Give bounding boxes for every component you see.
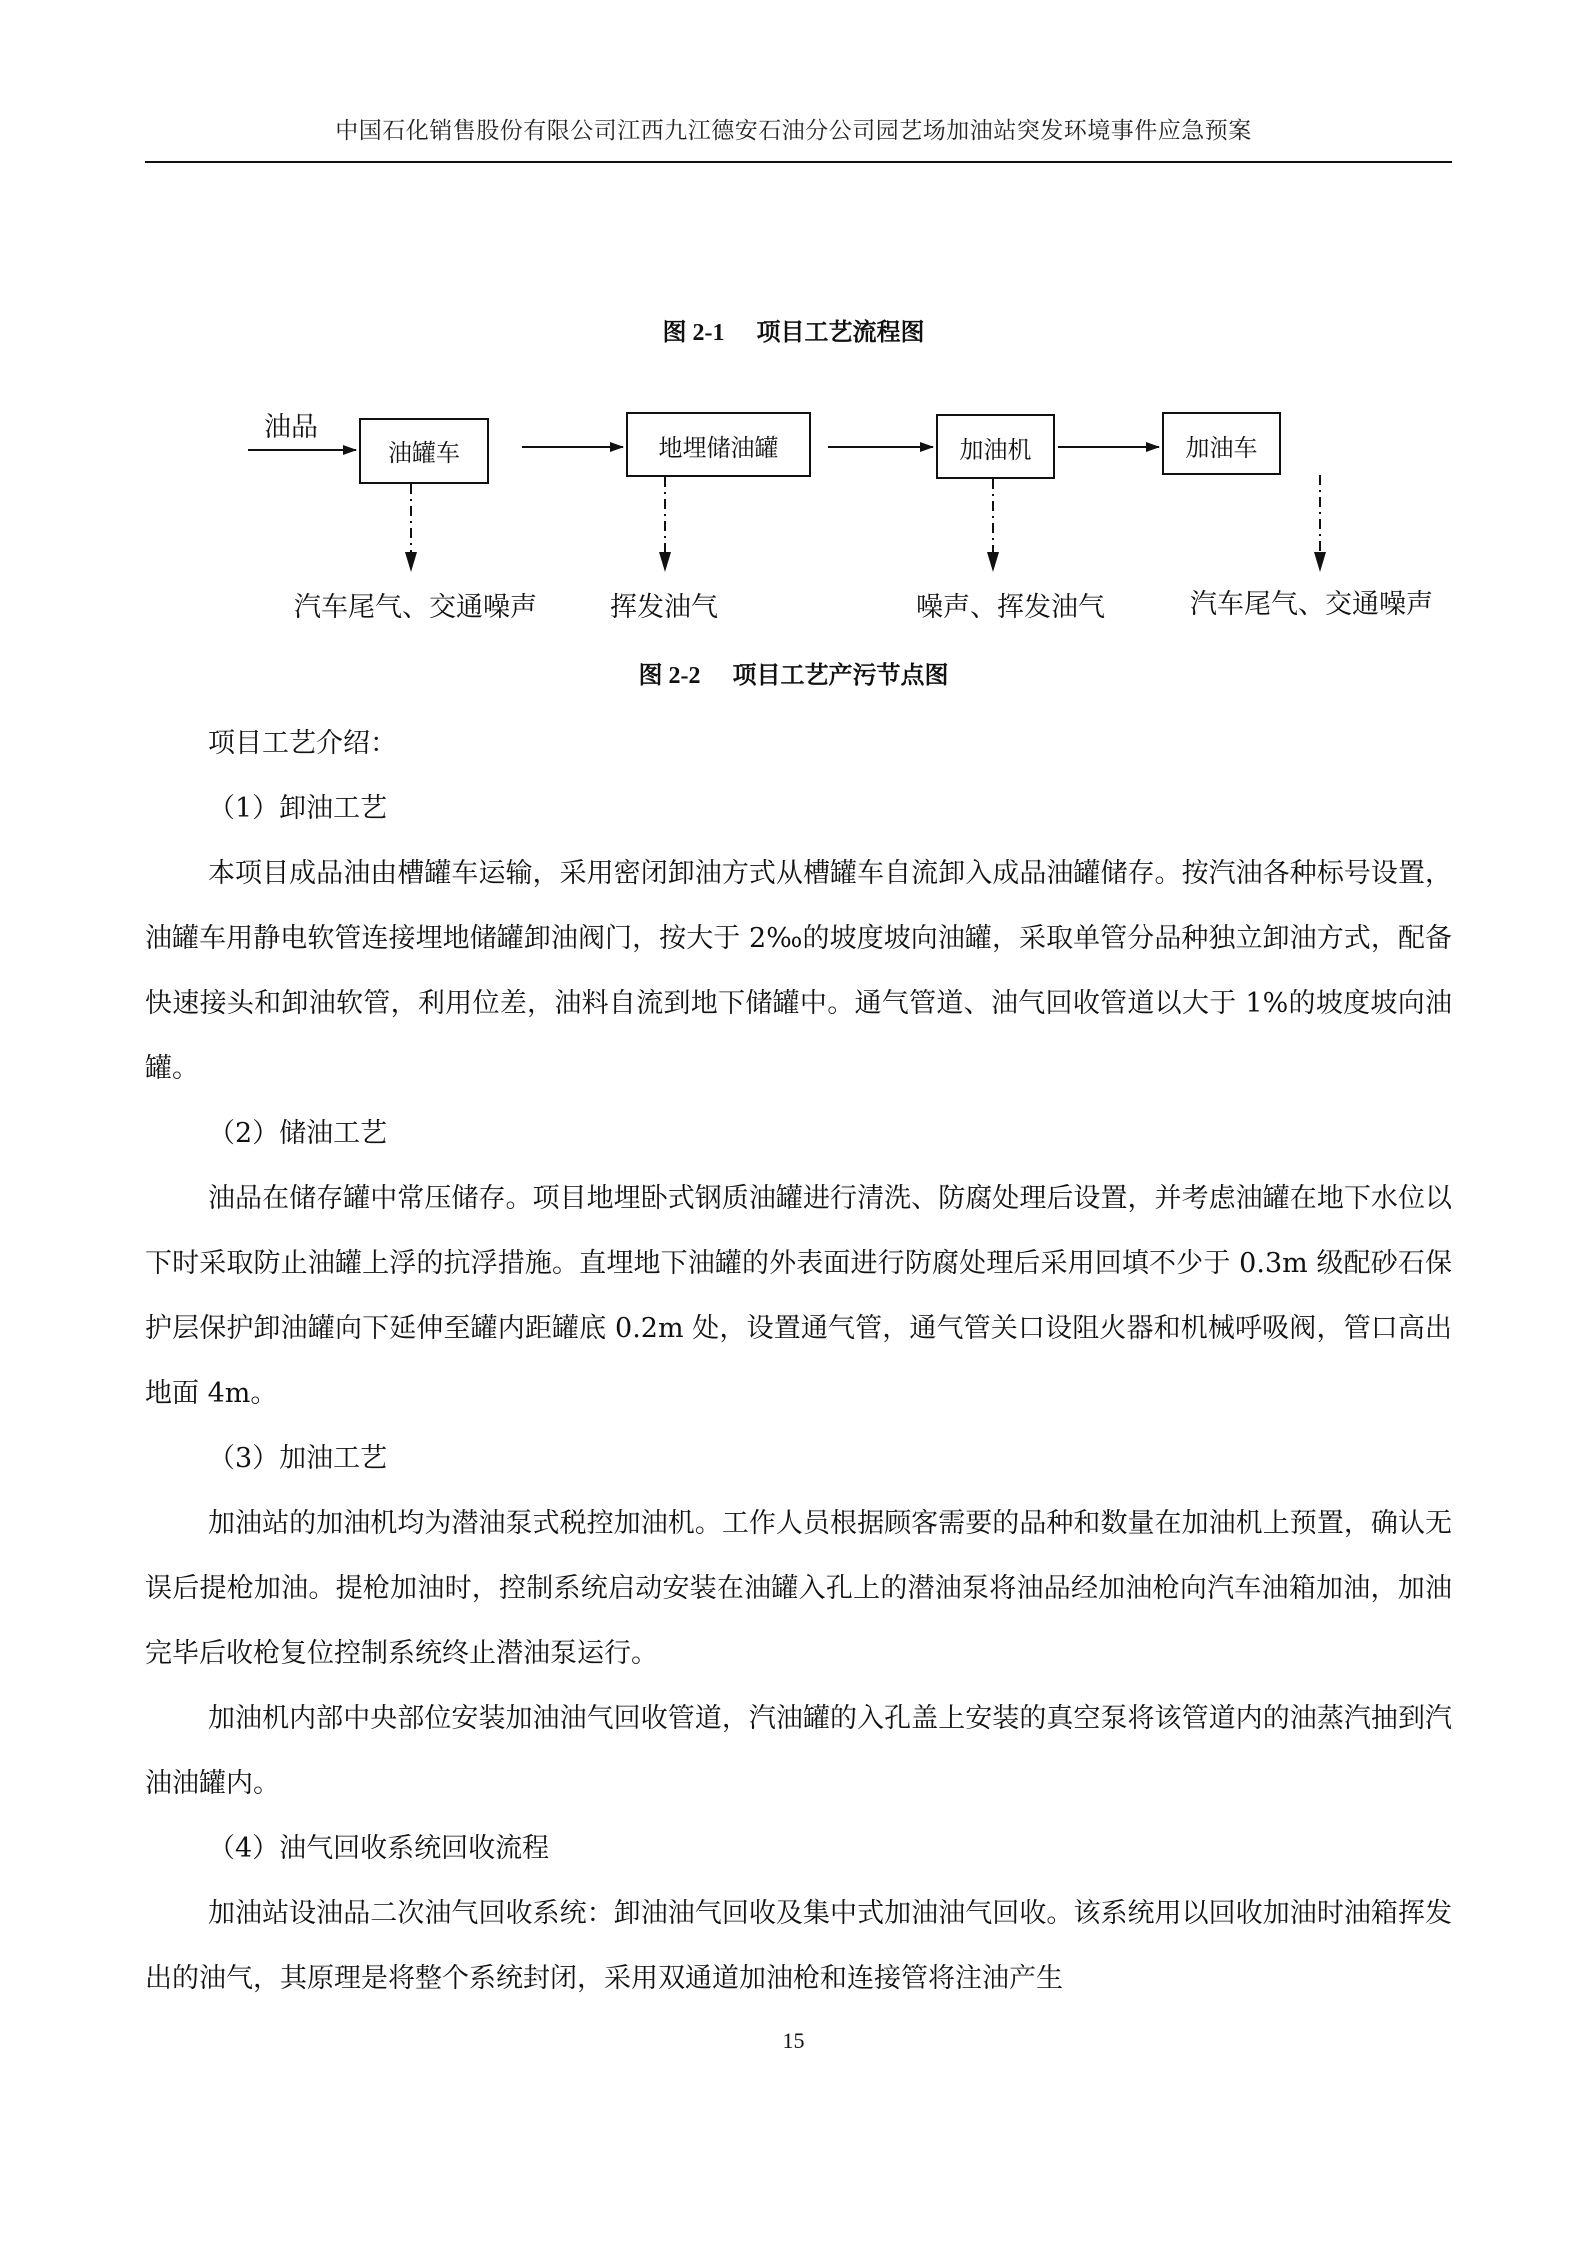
node-refueling-vehicle: 加油车 [1163, 428, 1280, 463]
node-box-4 [1163, 413, 1280, 474]
body-text: 项目工艺介绍： （1）卸油工艺 本项目成品油由槽罐车运输，采用密闭卸油方式从槽罐… [145, 711, 1452, 2011]
paragraph-refueling-2: 加油机内部中央部位安装加油油气回收管道，汽油罐的入孔盖上安装的真空泵将该管道内的… [145, 1686, 1452, 1816]
figure-2-1-caption: 图 2-1项目工艺流程图 [0, 312, 1587, 347]
section-heading-refueling: （3）加油工艺 [145, 1426, 1452, 1491]
figure-2-1-number: 图 2-1 [663, 320, 725, 346]
section-heading-unloading: （1）卸油工艺 [145, 776, 1452, 841]
paragraph-refueling-1: 加油站的加油机均为潜油泵式税控加油机。工作人员根据顾客需要的品种和数量在加油机上… [145, 1491, 1452, 1686]
section-heading-storage: （2）储油工艺 [145, 1101, 1452, 1166]
node-box-1 [360, 419, 488, 483]
pollution-node-diagram: 油品 油罐车 地埋储油罐 加油机 加油车 汽车尾气、交通噪声 挥发油气 噪声、挥… [0, 0, 1587, 700]
section-heading-vapor-recovery: （4）油气回收系统回收流程 [145, 1816, 1452, 1881]
diagram-graphics [0, 0, 1587, 700]
input-label: 油品 [264, 405, 318, 444]
running-header-title: 中国石化销售股份有限公司江西九江德安石油分公司园艺场加油站突发环境事件应急预案 [0, 112, 1587, 145]
paragraph-vapor-recovery: 加油站设油品二次油气回收系统：卸油油气回收及集中式加油油气回收。该系统用以回收加… [145, 1881, 1452, 2011]
output-label-3: 噪声、挥发油气 [916, 585, 1105, 624]
figure-2-2-caption: 图 2-2项目工艺产污节点图 [0, 655, 1587, 690]
figure-2-1-title: 项目工艺流程图 [757, 317, 925, 346]
figure-2-2-number: 图 2-2 [639, 663, 701, 689]
output-label-2: 挥发油气 [610, 585, 718, 624]
output-label-4: 汽车尾气、交通噪声 [1190, 582, 1433, 621]
paragraph-storage: 油品在储存罐中常压储存。项目地埋卧式钢质油罐进行清洗、防腐处理后设置，并考虑油罐… [145, 1166, 1452, 1426]
node-fuel-dispenser: 加油机 [937, 430, 1054, 465]
header-divider [145, 161, 1452, 163]
paragraph-unloading: 本项目成品油由槽罐车运输，采用密闭卸油方式从槽罐车自流卸入成品油罐储存。按汽油各… [145, 841, 1452, 1101]
output-label-1: 汽车尾气、交通噪声 [294, 585, 537, 624]
node-box-2 [627, 413, 810, 476]
node-box-3 [937, 415, 1054, 478]
page-number: 15 [0, 2028, 1587, 2054]
figure-2-2-title: 项目工艺产污节点图 [733, 660, 949, 689]
intro-line: 项目工艺介绍： [145, 711, 1452, 776]
node-underground-tank: 地埋储油罐 [627, 428, 810, 463]
node-oil-tanker: 油罐车 [360, 433, 488, 468]
